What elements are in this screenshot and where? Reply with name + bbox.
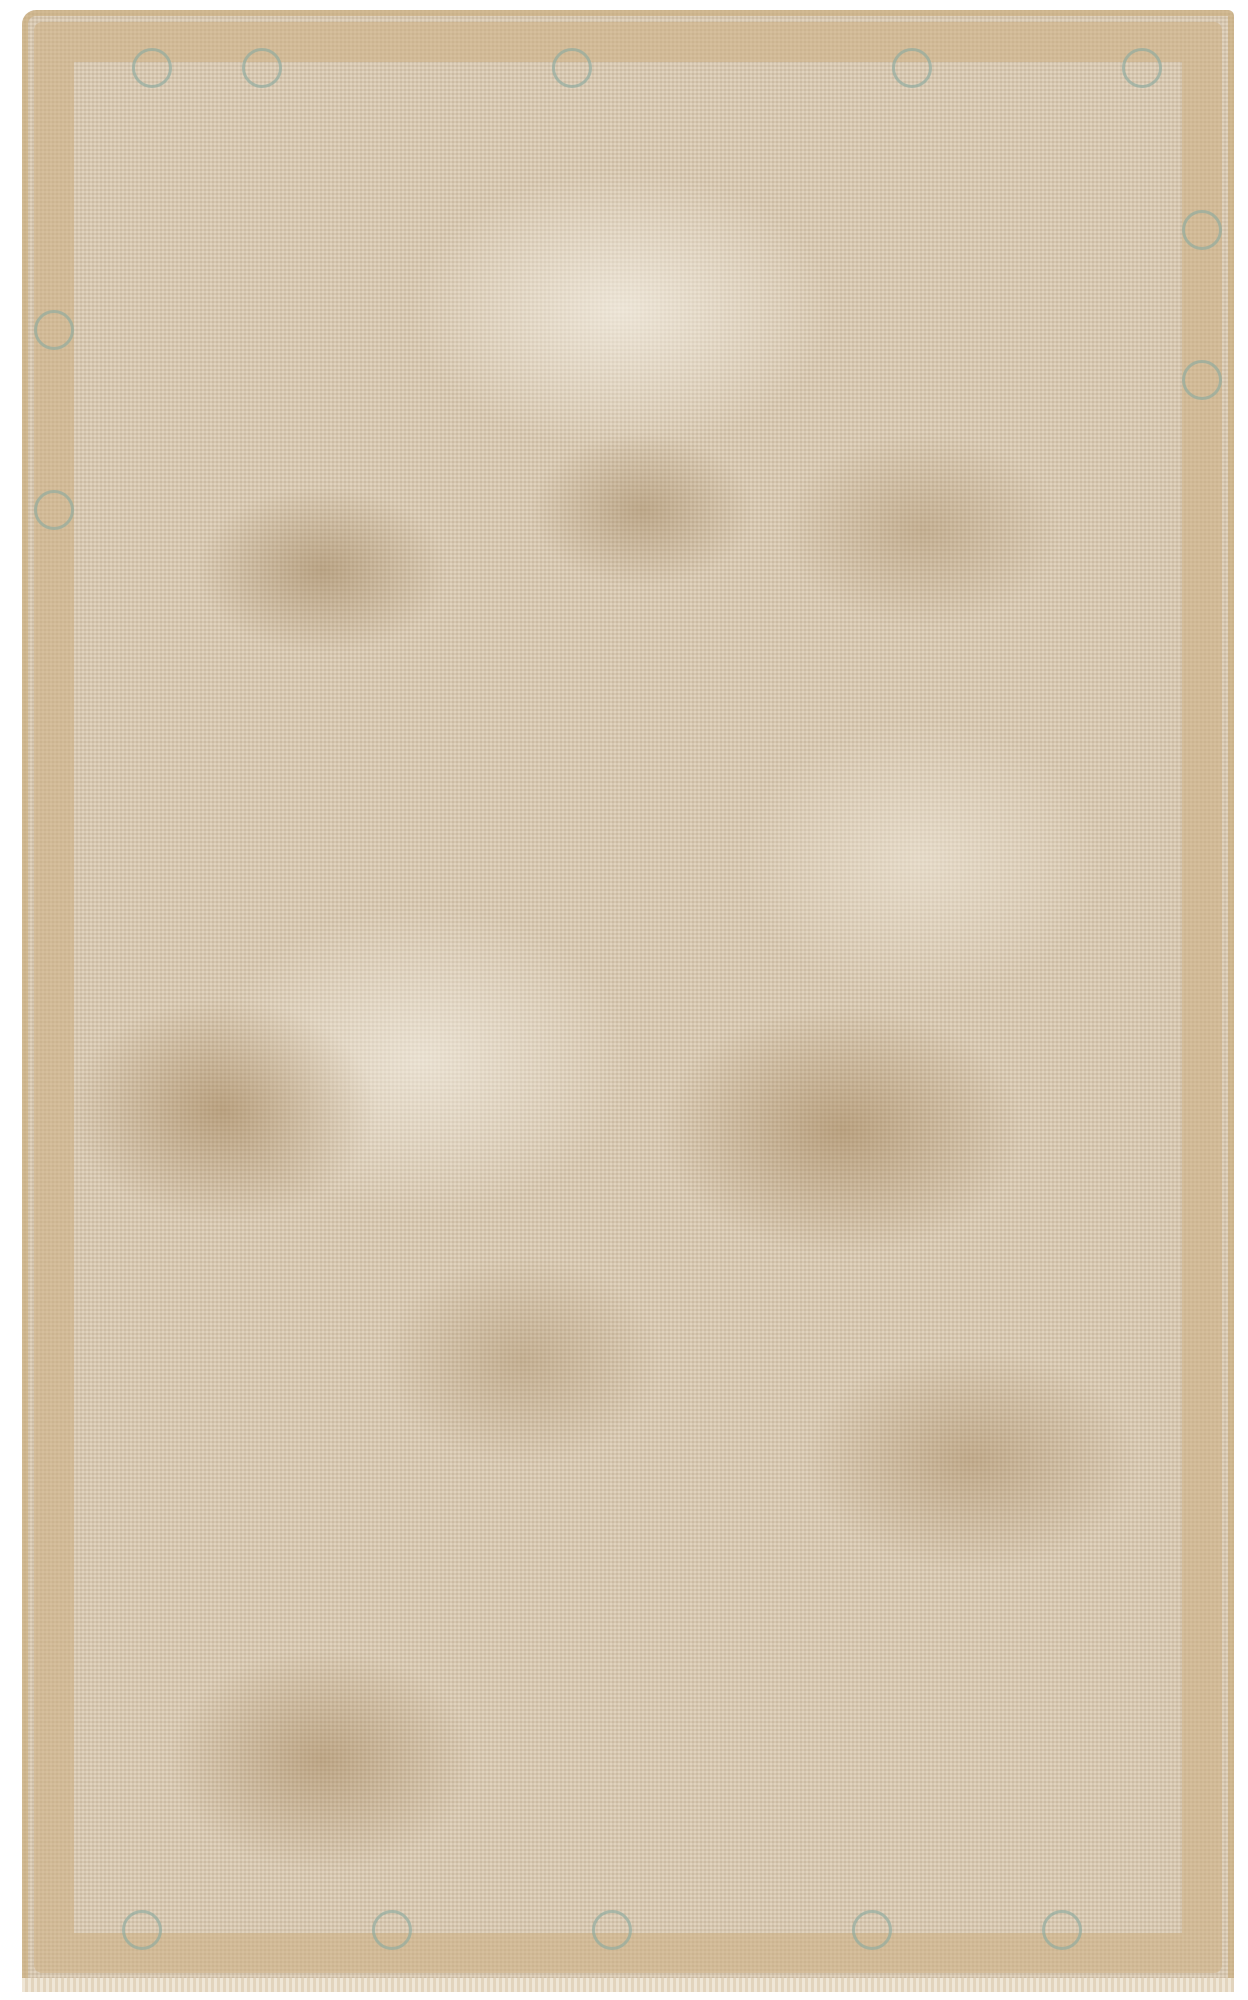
border-motif	[122, 1910, 162, 1950]
border-motif	[852, 1910, 892, 1950]
border-motif	[1122, 48, 1162, 88]
border-motif	[132, 48, 172, 88]
border-motif	[592, 1910, 632, 1950]
border-motif	[34, 490, 74, 530]
rug-fringe-bottom	[22, 1978, 1234, 1992]
border-motif	[552, 48, 592, 88]
border-motif	[892, 48, 932, 88]
border-motif	[34, 310, 74, 350]
border-motif	[242, 48, 282, 88]
rug-photo	[22, 10, 1234, 1985]
border-motif	[1182, 210, 1222, 250]
border-motif	[1042, 1910, 1082, 1950]
border-motif	[372, 1910, 412, 1950]
rug-border	[34, 22, 1222, 1973]
border-motif	[1182, 360, 1222, 400]
